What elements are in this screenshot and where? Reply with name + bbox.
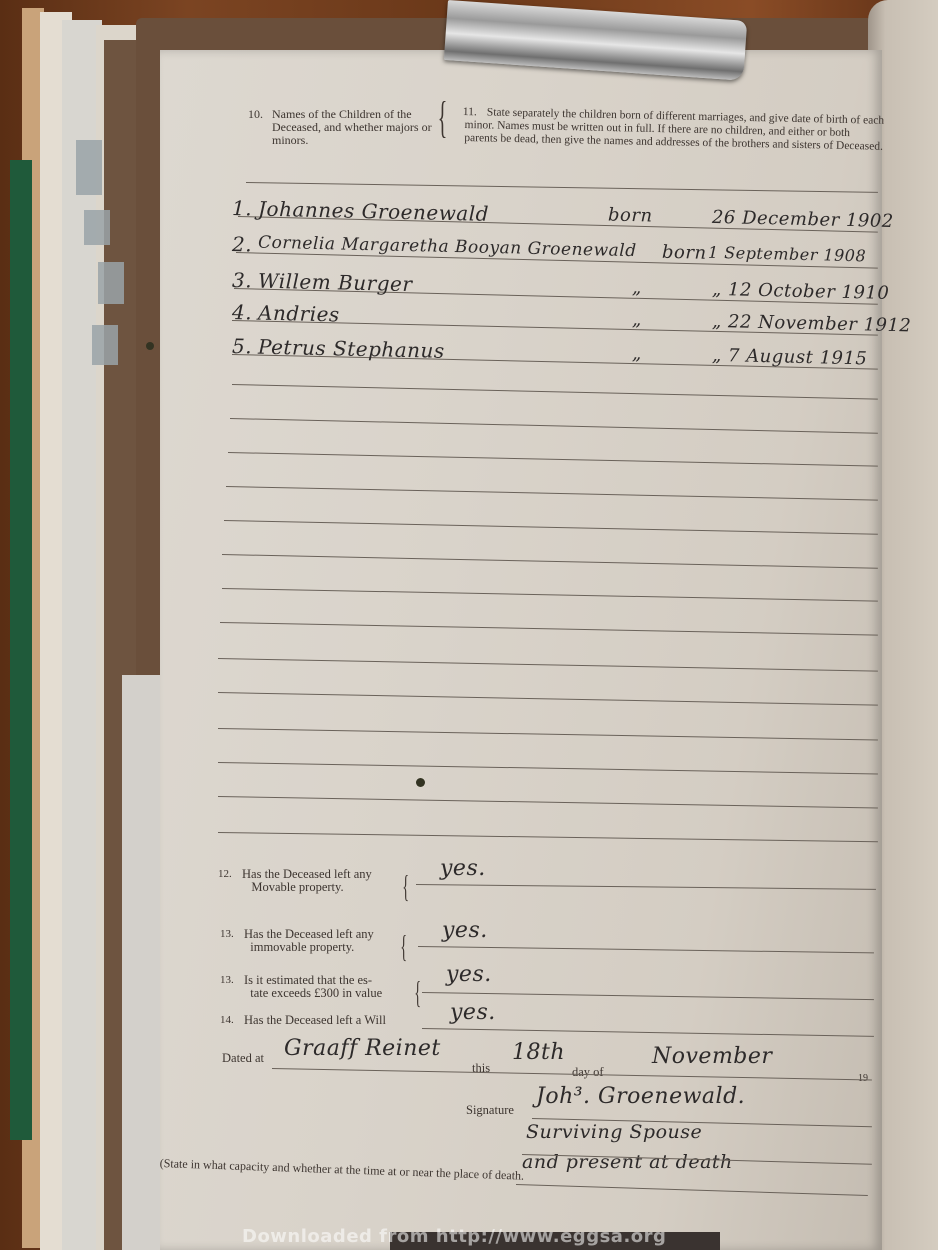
answer-handwritten: yes. <box>450 1006 496 1019</box>
binding-tape <box>84 210 110 245</box>
ruled-line <box>416 884 876 890</box>
ruled-line <box>222 588 878 602</box>
question-number: 10. <box>248 108 263 121</box>
document-page: 10. Names of the Children of the Decease… <box>160 50 882 1250</box>
child-name: Petrus Stephanus <box>258 335 445 363</box>
question-number: 13. <box>220 974 234 987</box>
brace-symbol: { <box>438 96 448 140</box>
child-name: Andries <box>258 301 340 327</box>
answer-handwritten: yes. <box>446 968 492 981</box>
ruled-line <box>218 762 878 775</box>
ruled-line <box>218 728 878 741</box>
child-number: 2. <box>232 232 253 256</box>
question-label: Has the Deceased left a Will <box>244 1014 386 1027</box>
punch-hole <box>146 342 154 350</box>
binding-tape <box>92 325 118 365</box>
question-number: 11. <box>463 106 477 119</box>
day-of-label: day of <box>572 1066 604 1079</box>
dated-month-handwritten: November <box>652 1050 772 1063</box>
question-label: Is it estimated that the es- tate exceed… <box>244 974 382 1000</box>
binding-tape <box>98 262 124 304</box>
ruled-line <box>218 796 878 809</box>
brace-symbol: { <box>400 924 407 968</box>
ruled-line <box>246 182 878 193</box>
question-label: Has the Deceased left any Movable proper… <box>242 868 372 894</box>
question-text: State separately the children born of di… <box>464 106 885 154</box>
ruled-line <box>222 554 878 569</box>
question-text: Names of the Children of the Deceased, a… <box>272 108 438 147</box>
ruled-line <box>422 1028 874 1037</box>
binder-cover-green <box>10 160 32 1140</box>
brace-symbol: { <box>414 970 421 1014</box>
child-name: Willem Burger <box>258 269 413 296</box>
ink-blot <box>416 778 425 787</box>
child-ditto-mark: „ <box>632 343 642 364</box>
binding-tape <box>76 140 102 195</box>
child-birth-date: 1 September 1908 <box>708 243 867 266</box>
ruled-line <box>230 418 878 434</box>
dated-place-handwritten: Graaff Reinet <box>284 1042 441 1055</box>
ruled-line <box>220 622 878 636</box>
answer-handwritten: yes. <box>442 924 488 937</box>
dated-day-handwritten: 18th <box>512 1046 565 1059</box>
ruled-line <box>232 384 878 400</box>
signature-name-handwritten: Joh³. Groenewald. <box>536 1090 745 1103</box>
ruled-line <box>228 452 878 467</box>
brace-symbol: { <box>402 864 409 908</box>
child-ditto-mark: „ <box>632 277 642 298</box>
child-number: 5. <box>232 334 253 358</box>
signature-label: Signature <box>466 1104 514 1117</box>
child-number: 1. <box>232 196 253 220</box>
ruled-line <box>224 520 878 535</box>
signature-capacity-handwritten: Surviving Spouse <box>526 1126 702 1139</box>
question-label: Has the Deceased left any immovable prop… <box>244 928 374 954</box>
watermark-text: Downloaded from http://www.eggsa.org <box>242 1226 666 1247</box>
child-number: 3. <box>232 268 253 292</box>
question-11: 11. State separately the children born o… <box>464 106 885 154</box>
question-number: 13. <box>220 928 234 941</box>
question-number: 12. <box>218 868 232 881</box>
child-born-label: born <box>608 205 653 227</box>
child-name: Cornelia Margaretha Booyan Groenewald <box>258 233 637 262</box>
question-number: 14. <box>220 1014 234 1027</box>
child-name: Johannes Groenewald <box>258 197 489 226</box>
ruled-line <box>218 658 878 672</box>
ruled-line <box>218 832 878 843</box>
child-ditto-mark: „ <box>632 309 642 330</box>
child-birth-date: „ 7 August 1915 <box>712 345 868 370</box>
child-born-label: born <box>662 242 707 264</box>
ruled-line <box>218 692 878 706</box>
child-birth-date: „ 22 November 1912 <box>712 311 912 337</box>
dated-at-label: Dated at <box>222 1052 264 1065</box>
child-birth-date: „ 12 October 1910 <box>712 279 890 304</box>
ruled-line <box>418 946 874 954</box>
question-10: 10. Names of the Children of the Decease… <box>248 108 438 147</box>
child-birth-date: 26 December 1902 <box>712 207 894 232</box>
child-number: 4. <box>232 300 253 324</box>
ruled-line <box>226 486 878 501</box>
answer-handwritten: yes. <box>440 862 486 875</box>
